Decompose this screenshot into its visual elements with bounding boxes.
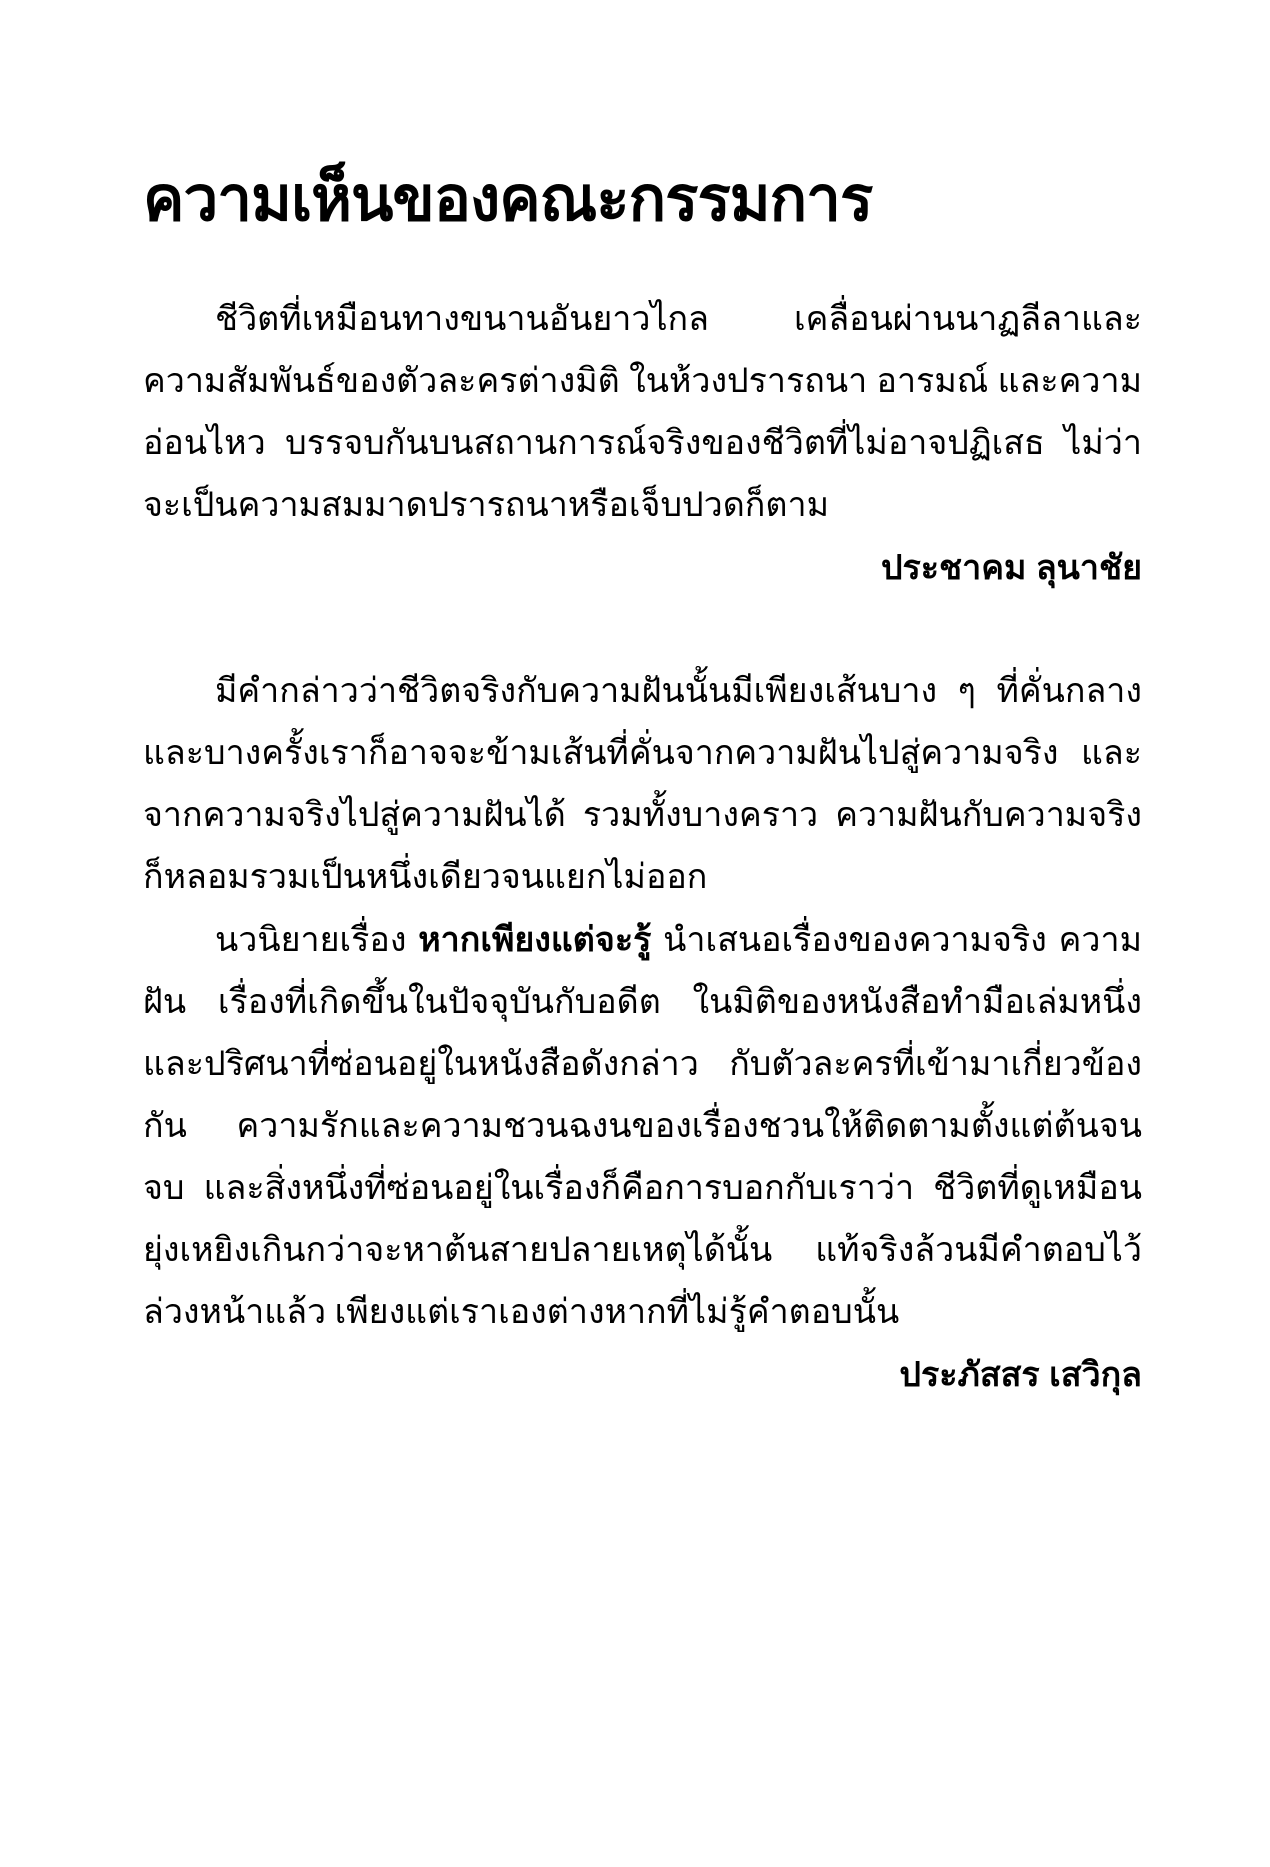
author-signature-1: ประชาคม ลุนาชัย: [143, 537, 1142, 599]
page-title: ความเห็นของคณะกรรมการ: [143, 160, 1142, 241]
committee-paragraph-3: นวนิยายเรื่อง หากเพียงแต่จะรู้ นำเสนอเรื…: [143, 909, 1142, 1344]
paragraph-3-body-text: นำเสนอเรื่องของความจริง ความฝัน เรื่องที…: [143, 922, 1142, 1331]
committee-paragraph-1: ชีวิตที่เหมือนทางขนานอันยาวไกล เคลื่อนผ่…: [143, 289, 1142, 537]
novel-title-bold: หากเพียงแต่จะรู้: [418, 921, 651, 959]
document-page: ความเห็นของคณะกรรมการ ชีวิตที่เหมือนทางข…: [0, 0, 1270, 1867]
committee-paragraph-2: มีคำกล่าวว่าชีวิตจริงกับความฝันนั้นมีเพี…: [143, 661, 1142, 909]
section-divider-gap: [143, 599, 1142, 661]
author-signature-2: ประภัสสร เสวิกุล: [143, 1344, 1142, 1406]
paragraph-3-lead-text: นวนิยายเรื่อง: [215, 922, 418, 959]
page-content: ความเห็นของคณะกรรมการ ชีวิตที่เหมือนทางข…: [143, 160, 1142, 1406]
